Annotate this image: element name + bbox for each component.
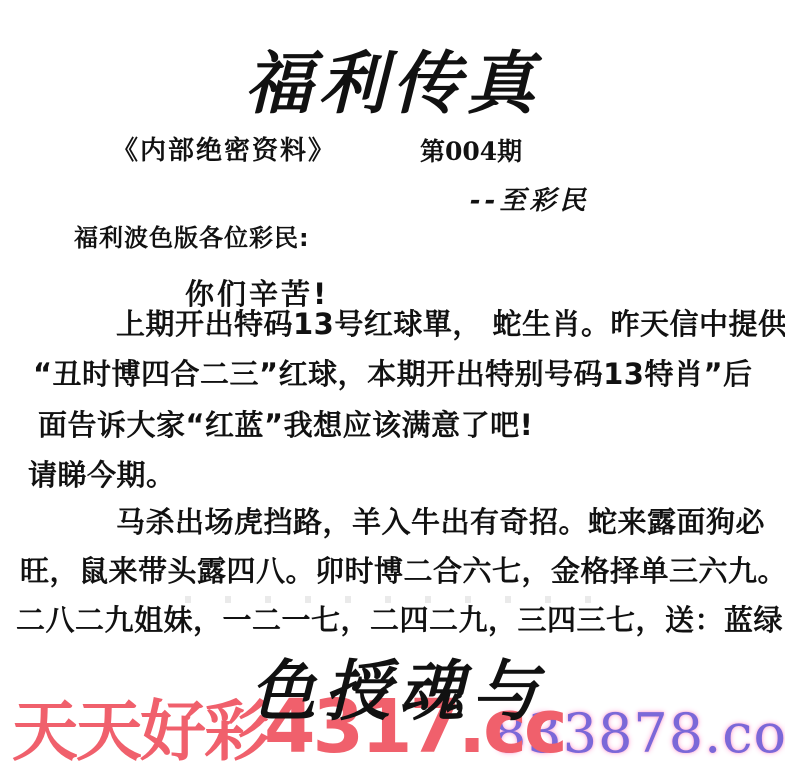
brand-watermark-text: 天天好彩 bbox=[12, 678, 268, 772]
body-line-2: “丑时博四合二三”红球，本期开出特别号码13特肖”后 bbox=[33, 352, 753, 393]
print-noise-artifacts bbox=[185, 596, 615, 603]
page-title: 福利传真 bbox=[0, 30, 785, 127]
body-line-4: 请睇今期。 bbox=[28, 453, 176, 494]
body-line-5: 马杀出场虎挡路，羊入牛出有奇招。蛇来露面狗必 bbox=[116, 500, 765, 541]
body-line-3: 面告诉大家“红蓝”我想应该满意了吧! bbox=[38, 403, 533, 444]
fax-document-page: 福利传真 《内部绝密资料》 第004期 --至彩民 福利波色版各位彩民: 你们辛… bbox=[0, 0, 785, 772]
signature-to-bettors: --至彩民 bbox=[470, 180, 590, 217]
body-line-7: 二八二九姐妹，一二一七，二四二九，三四三七，送：蓝绿 bbox=[16, 598, 783, 639]
body-line-1: 上期开出特码13号红球單， 蛇生肖。昨天信中提供 bbox=[116, 302, 785, 343]
body-line-6: 旺，鼠来带头露四八。卯时博二合六七，金格择单三六九。 bbox=[20, 549, 785, 590]
salutation-line: 福利波色版各位彩民: bbox=[74, 218, 310, 253]
issue-number: 第004期 bbox=[420, 132, 522, 168]
classified-label: 《内部绝密资料》 bbox=[112, 130, 336, 167]
stamp-calligraphy-text: 色授魂与 bbox=[250, 638, 546, 733]
